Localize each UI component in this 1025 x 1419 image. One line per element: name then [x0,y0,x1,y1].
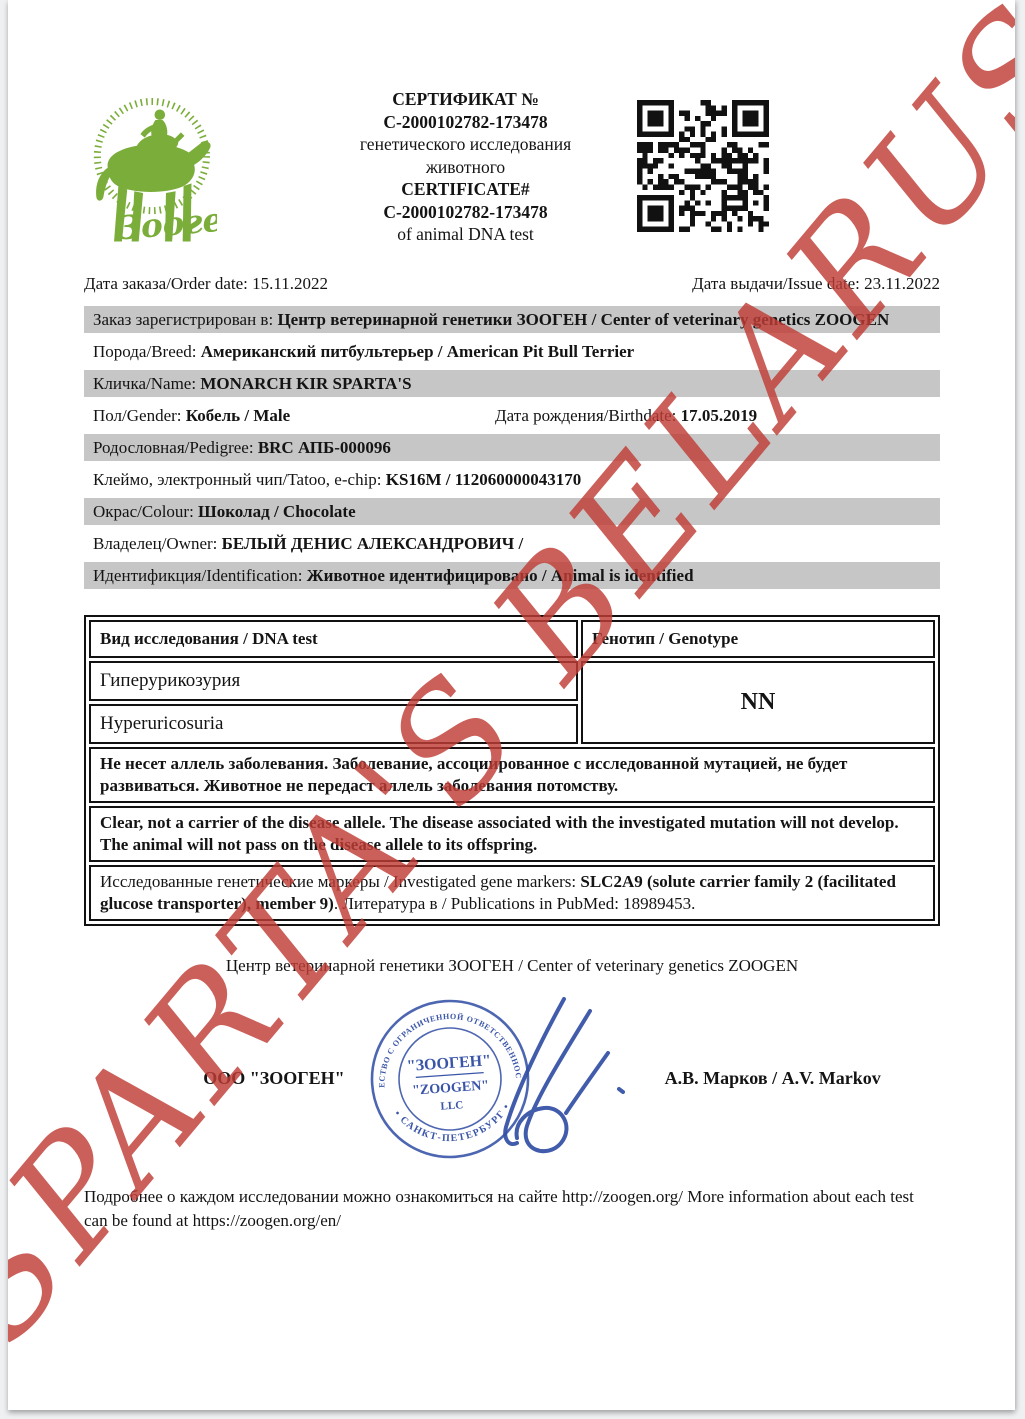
zoogen-logo: Зооген [85,70,217,258]
certificate-page: SPARTA'S BELARUS [8,0,1015,1410]
genotype-value: NN [581,661,935,744]
qr-code [637,100,769,232]
certificate-header: Зооген СЕРТИФИКАТ № С-2000102782-173478 … [8,0,1015,262]
info-row-chip: Клеймо, электронный чип/Tatoo, e-chip: K… [84,466,940,493]
signature-block: ООО "ЗООГЕН" ОБЩЕСТВО С ОГРАНИЧЕННОЙ ОТВ… [144,995,940,1161]
stamp-inner-llc: LLC [440,1099,463,1113]
issue-date: Дата выдачи/Issue date: 23.11.2022 [692,272,940,295]
test-name-ru: Гиперурикозурия [89,661,578,701]
test-name-en: Hyperuricosuria [89,704,578,744]
logo-script: Зооген [116,197,217,247]
stamp-inner-en: "ZOOGEN" [411,1078,489,1098]
date-row: Дата заказа/Order date: 15.11.2022 Дата … [84,272,940,295]
info-row-gender-birthdate: Пол/Gender: Кобель / MaleДата рождения/B… [84,402,940,429]
info-row-identification: Идентификция/Identification: Животное ид… [84,562,940,589]
info-row-registered: Заказ зарегистрирован в: Центр ветеринар… [84,306,940,333]
signature-icon [505,999,623,1151]
order-date: Дата заказа/Order date: 15.11.2022 [84,272,328,295]
info-row-breed: Порода/Breed: Американский питбультерьер… [84,338,940,365]
results-table: Вид исследования / DNA test Генотип / Ge… [84,615,940,926]
result-text-en: Clear, not a carrier of the disease alle… [89,806,935,862]
stamp-inner-ru: "ЗООГЕН" [406,1052,491,1075]
gene-markers: Исследованные генетические маркеры / Inv… [89,865,935,921]
info-row-colour: Окрас/Colour: Шоколад / Chocolate [84,498,940,525]
center-org-line: Центр ветеринарной генетики ЗООГЕН / Cen… [84,954,940,977]
info-row-name: Кличка/Name: MONARCH KIR SPARTA'S [84,370,940,397]
footer-note: Подробнее о каждом исследовании можно оз… [84,1185,940,1233]
col-dna-test-header: Вид исследования / DNA test [89,620,578,658]
info-row-pedigree: Родословная/Pedigree: BRC АПБ-000096 [84,434,940,461]
result-text-ru: Не несет аллель заболевания. Заболевание… [89,747,935,803]
stamp-icon: ОБЩЕСТВО С ОГРАНИЧЕННОЙ ОТВЕТСТВЕННОСТЬЮ… [357,995,657,1161]
logo-horse-icon: Зооген [85,70,217,258]
info-row-owner: Владелец/Owner: БЕЛЫЙ ДЕНИС АЛЕКСАНДРОВИ… [84,530,940,557]
signatory-name: А.В. Марков / A.V. Markov [665,1068,881,1089]
info-row-gender: Пол/Gender: Кобель / Male [93,404,495,427]
certificate-body: Дата заказа/Order date: 15.11.2022 Дата … [8,272,1015,1233]
company-name: ООО "ЗООГЕН" [203,1068,344,1089]
info-row-birthdate: Дата рождения/Birthdate: 17.05.2019 [495,406,757,425]
col-genotype-header: Генотип / Genotype [581,620,935,658]
